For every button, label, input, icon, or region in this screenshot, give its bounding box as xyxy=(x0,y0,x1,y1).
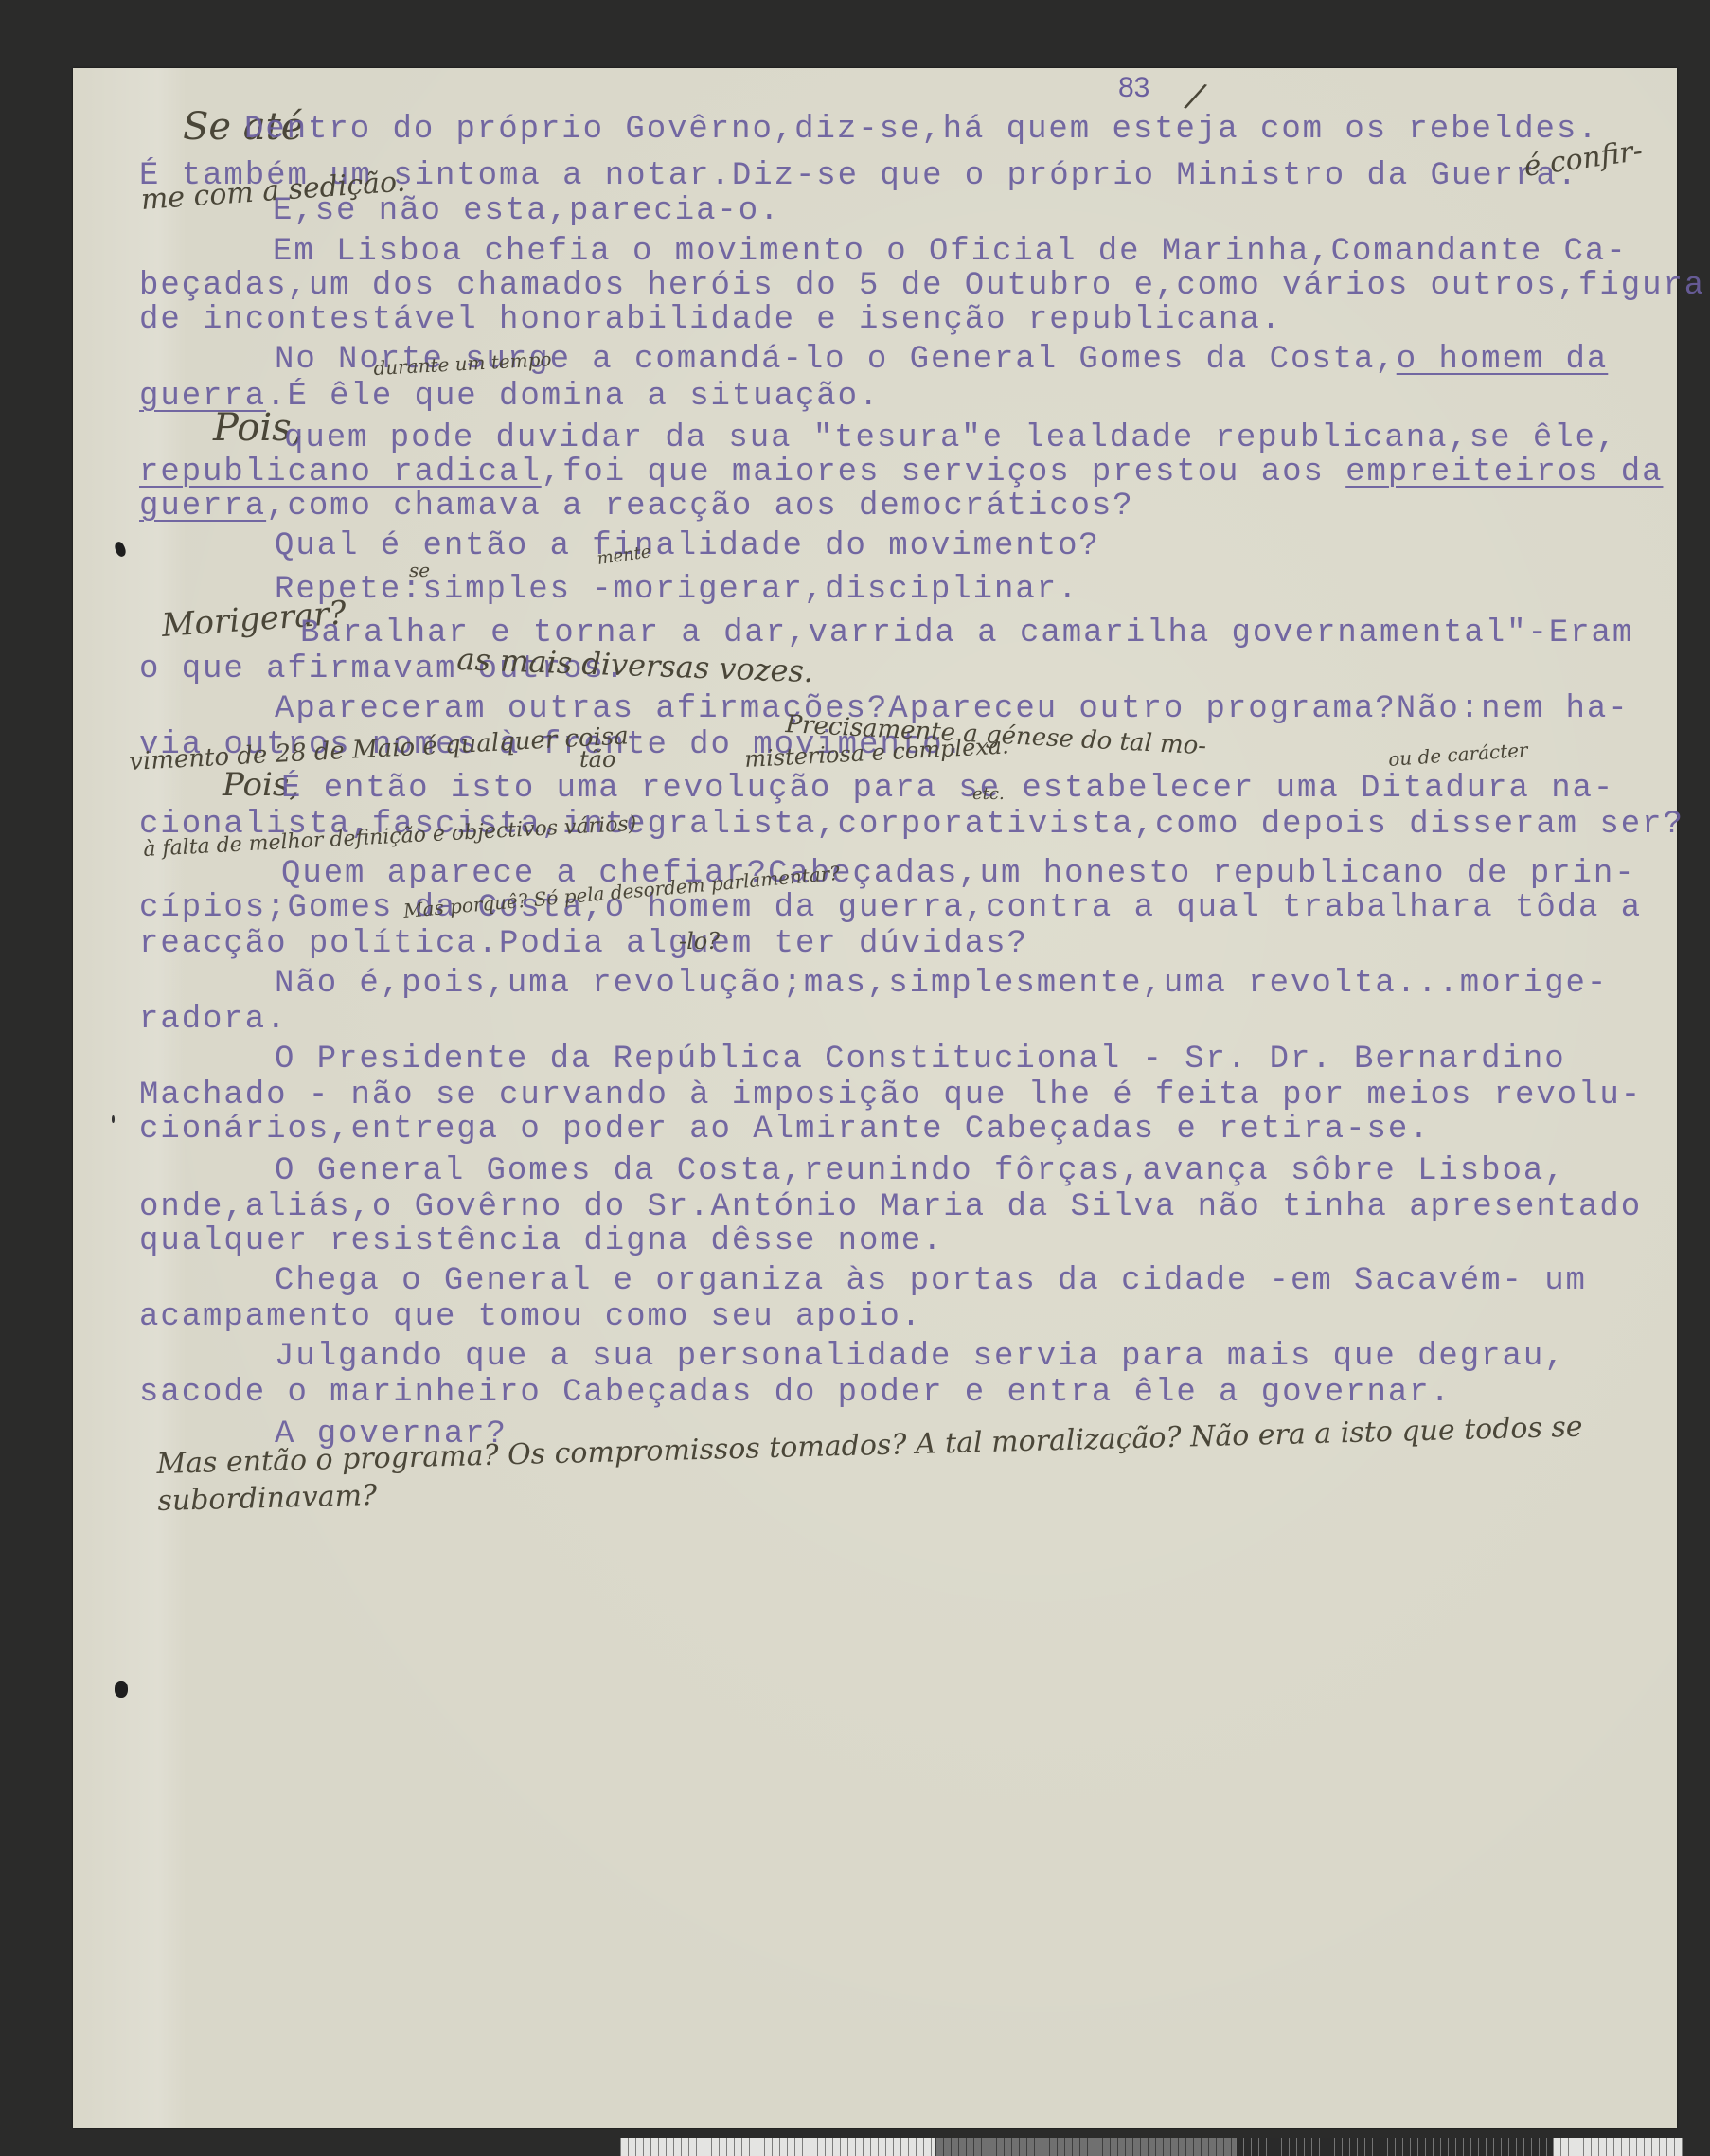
handwritten-annotation: mente xyxy=(596,543,651,568)
handwritten-annotation: tão xyxy=(579,748,615,771)
ruler-segment-white xyxy=(1553,2138,1683,2156)
scan-ruler xyxy=(620,2138,1683,2156)
typed-line: Machado - não se curvando à imposição qu… xyxy=(139,1079,1642,1112)
underlined-phrase: o homem da xyxy=(1397,342,1609,378)
typed-line: Julgando que a sua personalidade servia … xyxy=(275,1341,1566,1373)
page-mark: / xyxy=(1185,79,1205,115)
paper-hole xyxy=(114,541,128,558)
typed-line: sacode o marinheiro Cabeçadas do poder e… xyxy=(139,1377,1452,1409)
typed-line: guerra,como chamava a reacção aos democr… xyxy=(139,490,1134,523)
typed-line: Em Lisboa chefia o movimento o Oficial d… xyxy=(273,236,1628,268)
typed-text: ,foi que maiores serviços prestou aos xyxy=(542,454,1345,490)
typed-line: beçadas,um dos chamados heróis do 5 de O… xyxy=(139,270,1705,302)
typed-line: O General Gomes da Costa,reunindo fôrças… xyxy=(275,1155,1566,1187)
underlined-phrase: empreiteiros da xyxy=(1345,454,1663,490)
typed-line: onde,aliás,o Govêrno do Sr.António Maria… xyxy=(139,1191,1642,1223)
typed-line: É então isto uma revolução para se estab… xyxy=(281,773,1614,805)
margin-mark xyxy=(112,1115,115,1123)
typed-line: qualquer resistência digna dêsse nome. xyxy=(139,1225,943,1257)
typed-text: .É êle que domina a situação. xyxy=(266,379,880,415)
document-page: 83 / Se até Dentro do próprio Govêrno,di… xyxy=(73,68,1677,2128)
ruler-segment-gray xyxy=(935,2138,1236,2156)
page-number: 83 xyxy=(1118,72,1149,104)
handwritten-annotation: -lo? xyxy=(679,930,720,953)
typed-line: quem pode duvidar da sua "tesura"e leald… xyxy=(284,422,1617,454)
typed-line: cípios;Gomes da Costa,o homem da guerra,… xyxy=(139,892,1642,924)
underlined-phrase: republicano radical xyxy=(139,454,542,490)
typed-line: cionários,entrega o poder ao Almirante C… xyxy=(139,1114,1431,1146)
ruler-segment-dark xyxy=(1236,2138,1553,2156)
underlined-phrase: guerra xyxy=(139,489,266,525)
typed-line: acampamento que tomou como seu apoio. xyxy=(139,1301,922,1333)
typed-line: Não é,pois,uma revolução;mas,simplesment… xyxy=(275,968,1608,1000)
typed-line: Repete:simples -morigerar,disciplinar. xyxy=(275,574,1078,606)
typed-line: reacção política.Podia alguem ter dúvida… xyxy=(139,928,1028,960)
typed-text: ,como chamava a reacção aos democráticos… xyxy=(266,489,1134,525)
typed-line: Qual é então a finalidade do movimento? xyxy=(275,530,1100,562)
typed-line: E,se não esta,parecia-o. xyxy=(273,195,780,227)
typed-line: Quem aparece a chefiar?Cabeçadas,um hone… xyxy=(281,858,1636,890)
typed-line: O Presidente da República Constitucional… xyxy=(275,1043,1566,1076)
typed-line: radora. xyxy=(139,1004,287,1036)
typed-line: de incontestável honorabilidade e isençã… xyxy=(139,304,1282,336)
handwritten-annotation: ou de carácter xyxy=(1388,740,1529,769)
paper-hole xyxy=(115,1681,128,1698)
typed-line: Chega o General e organiza às portas da … xyxy=(275,1265,1587,1297)
ruler-segment-white xyxy=(620,2138,935,2156)
handwritten-annotation: etc. xyxy=(972,786,1005,803)
typed-line: Dentro do próprio Govêrno,diz-se,há quem… xyxy=(244,114,1599,146)
typed-line: republicano radical,foi que maiores serv… xyxy=(139,456,1663,489)
